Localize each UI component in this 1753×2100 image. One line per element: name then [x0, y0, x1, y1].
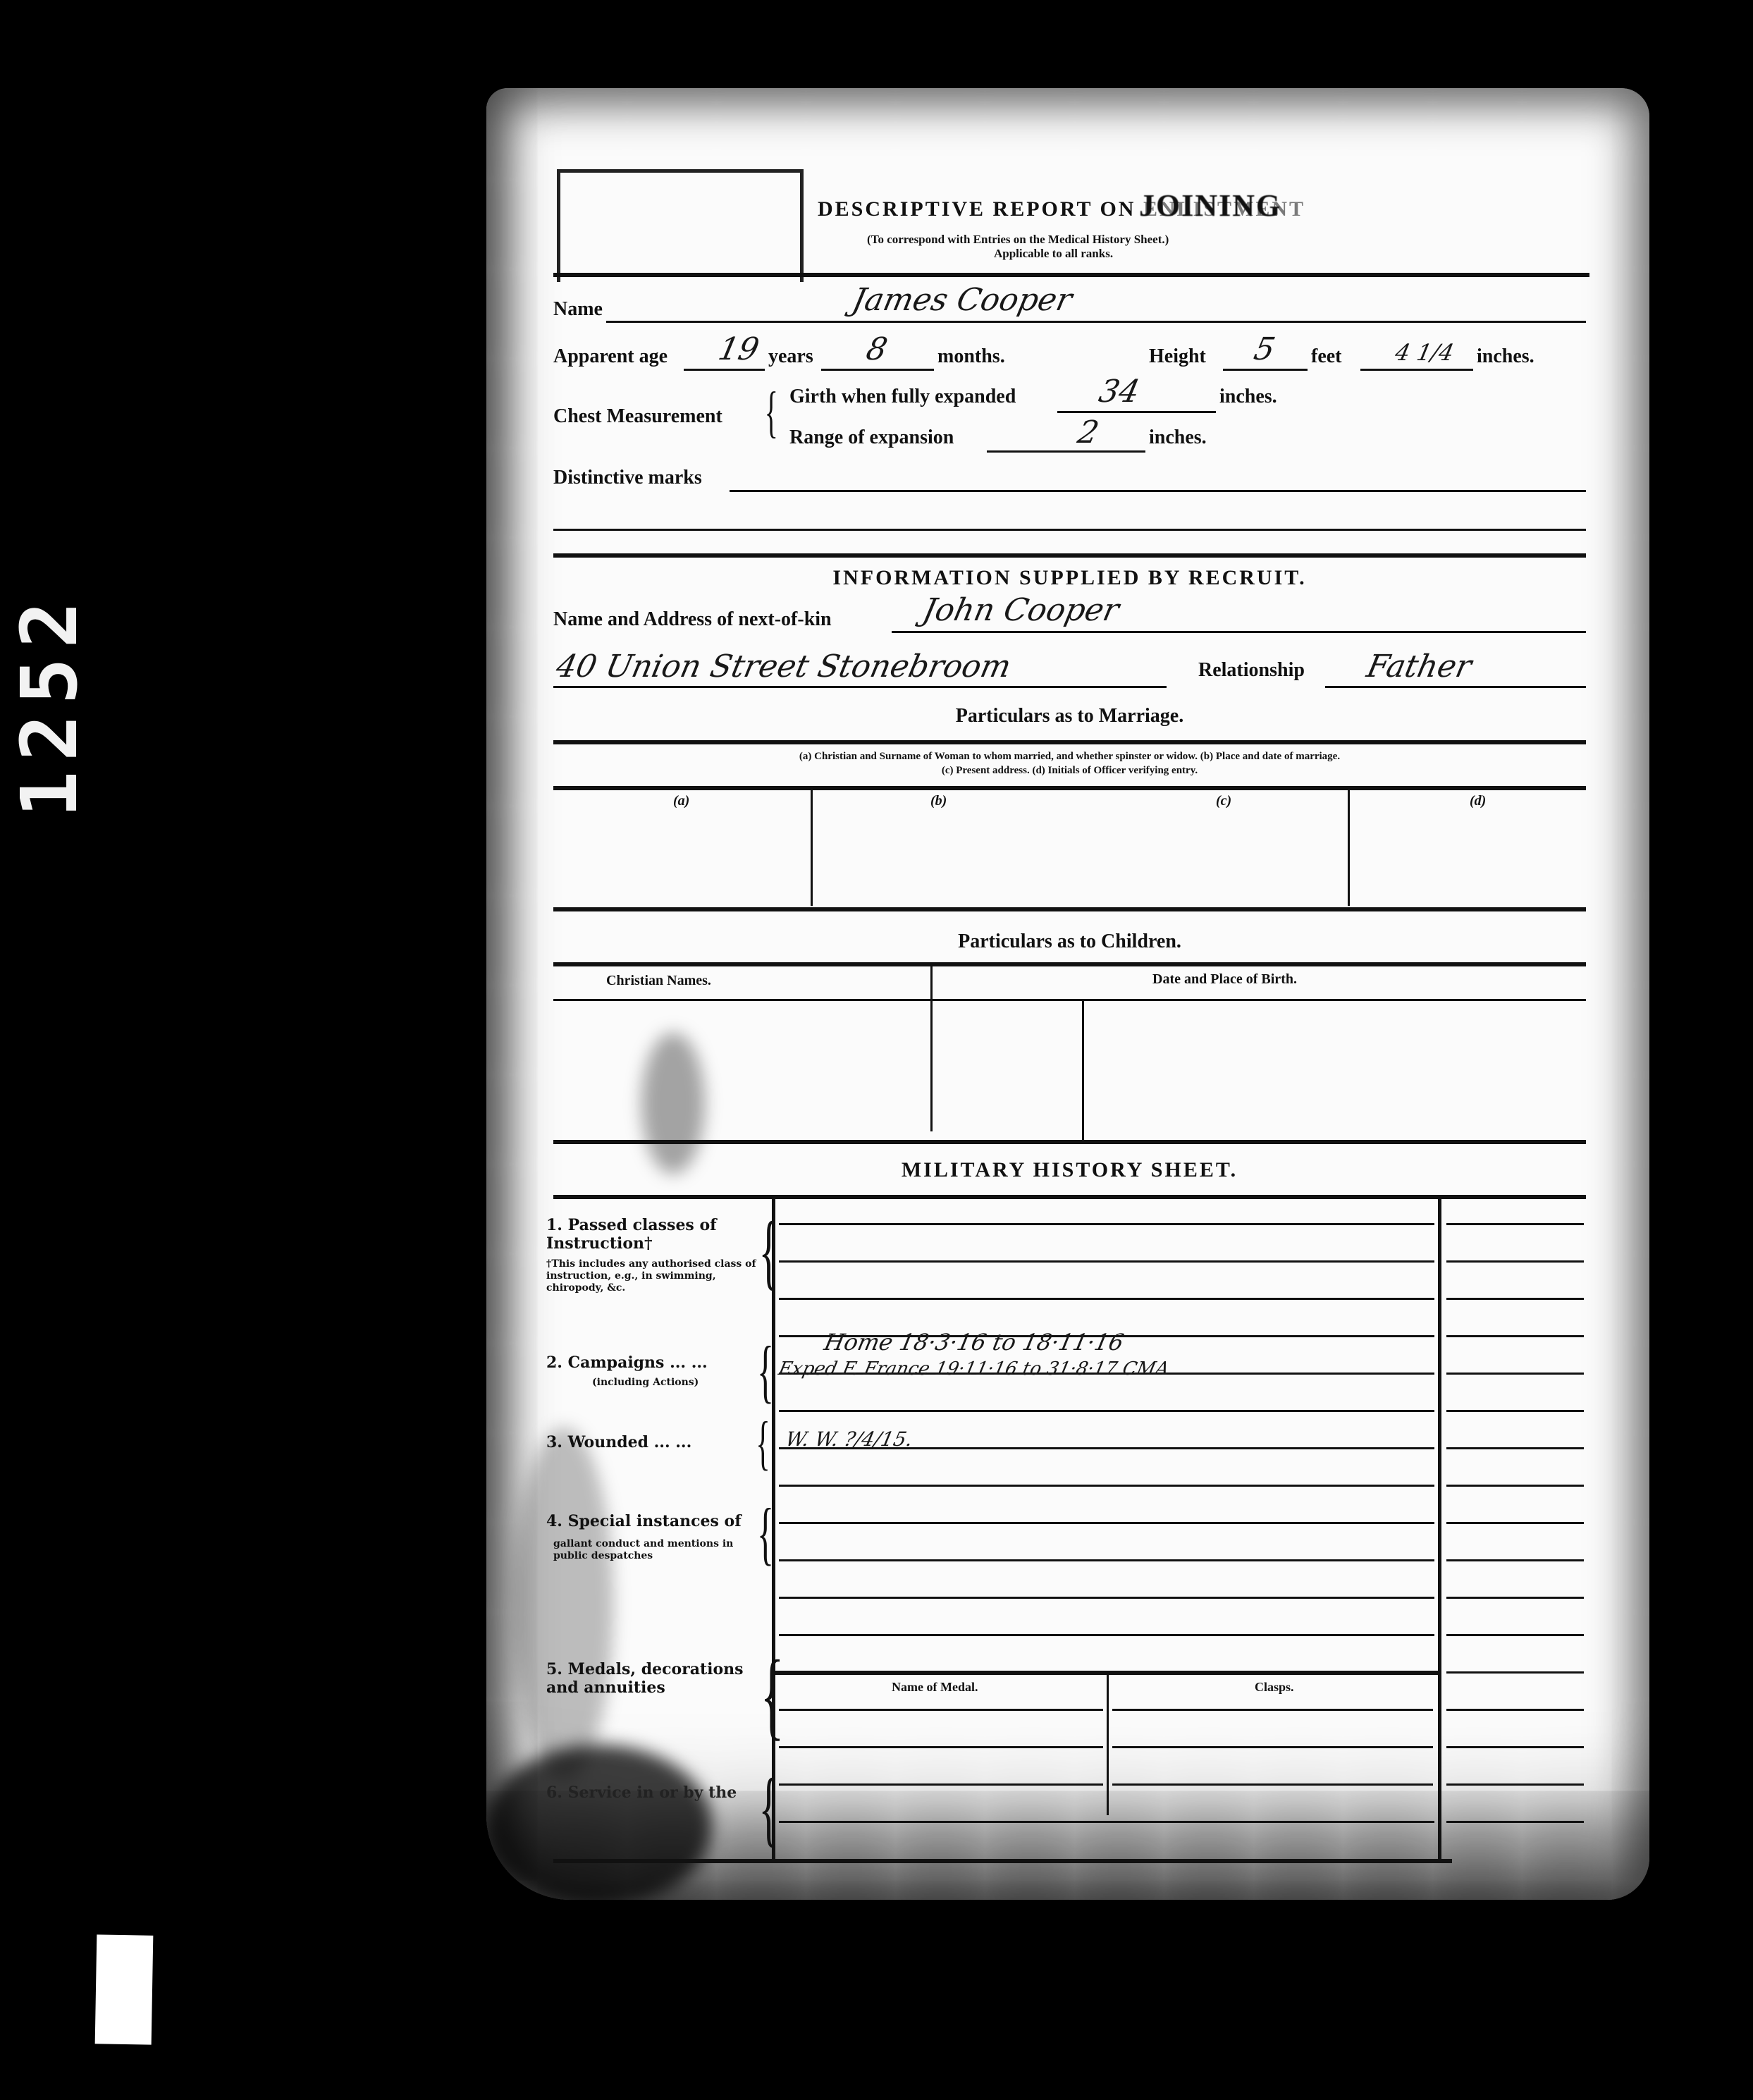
- ruled-line: [1446, 1746, 1584, 1748]
- section-number: 3.: [546, 1433, 562, 1451]
- section-number: 5.: [546, 1660, 562, 1678]
- chest-measurement-label: Chest Measurement: [553, 405, 722, 428]
- divider: [553, 553, 1586, 558]
- age-years-value: 19: [715, 331, 763, 367]
- years-label: years: [768, 345, 813, 368]
- office-stamp-box: [557, 169, 804, 282]
- divider: [553, 740, 1586, 744]
- mh-section-2: 2. Campaigns ... ...: [546, 1353, 758, 1372]
- form-subtitle: (To correspond with Entries on the Medic…: [867, 233, 1169, 247]
- marriage-instructions-2: (c) Present address. (d) Initials of Off…: [553, 765, 1586, 777]
- campaign-entry-1: Home 18·3·16 to 18·11·16: [822, 1329, 1126, 1356]
- section-number: 4.: [546, 1512, 562, 1530]
- divider: [553, 1195, 1586, 1199]
- ruled-line: [1112, 1746, 1433, 1748]
- relationship-label: Relationship: [1198, 659, 1305, 682]
- ruled-line: [1446, 1373, 1584, 1375]
- section-label: Wounded ... ...: [568, 1433, 692, 1451]
- brace: {: [756, 1413, 770, 1473]
- children-col-birth: Date and Place of Birth.: [1152, 971, 1297, 988]
- months-label: months.: [937, 345, 1005, 368]
- ruled-line: [1446, 1821, 1584, 1823]
- mh-section-1-note: †This includes any authorised class of i…: [546, 1258, 758, 1294]
- ruled-line: [1446, 1223, 1584, 1225]
- range-inches-label: inches.: [1149, 426, 1207, 449]
- ruled-line: [779, 1559, 1434, 1561]
- column-divider: [1107, 1674, 1109, 1815]
- name-value: James Cooper: [849, 282, 1076, 318]
- girth-label: Girth when fully expanded: [789, 386, 1016, 408]
- ruled-line: [1112, 1709, 1433, 1711]
- ruled-line: [1446, 1447, 1584, 1449]
- range-label: Range of expansion: [789, 426, 954, 449]
- section-number: 2.: [546, 1353, 562, 1372]
- ruled-line: [1446, 1298, 1584, 1300]
- form-applicability: Applicable to all ranks.: [994, 247, 1113, 261]
- film-frame-marker: [95, 1934, 154, 2044]
- ruled-line: [779, 1260, 1434, 1263]
- ruled-line: [779, 1783, 1103, 1786]
- address-line: [553, 686, 1167, 688]
- ruled-line: [1446, 1634, 1584, 1636]
- medal-col-name: Name of Medal.: [892, 1680, 978, 1695]
- mh-section-2-note: (including Actions): [592, 1377, 699, 1389]
- relationship-line: [1325, 686, 1586, 688]
- section-number: 1.: [546, 1216, 562, 1234]
- ruled-line: [779, 1410, 1434, 1412]
- ruled-line: [1446, 1671, 1584, 1674]
- marriage-heading: Particulars as to Marriage.: [553, 705, 1586, 727]
- mh-section-6: 6. Service in or by the: [546, 1783, 758, 1802]
- section-label: Special instances of: [568, 1512, 742, 1530]
- apparent-age-label: Apparent age: [553, 345, 668, 368]
- height-inches-line: [1360, 369, 1473, 371]
- height-feet-value: 5: [1251, 331, 1279, 367]
- name-label: Name: [553, 298, 603, 321]
- ruled-line: [1446, 1597, 1584, 1599]
- ruled-line: [779, 1298, 1434, 1300]
- children-col-names: Christian Names.: [606, 973, 711, 989]
- ruled-line: [779, 1709, 1103, 1711]
- mh-section-4: 4. Special instances of: [546, 1512, 758, 1530]
- age-years-line: [684, 369, 765, 371]
- girth-line: [1057, 411, 1216, 413]
- range-value: 2: [1075, 415, 1102, 450]
- section-label: Service in or by the: [568, 1783, 737, 1802]
- girth-inches-label: inches.: [1219, 386, 1277, 408]
- ruled-line: [1112, 1783, 1433, 1786]
- age-months-line: [821, 369, 934, 371]
- next-of-kin-name: John Cooper: [920, 592, 1123, 628]
- distinctive-marks-label: Distinctive marks: [553, 467, 702, 489]
- ruled-line: [779, 1746, 1103, 1748]
- title-prefix: DESCRIPTIVE REPORT ON: [818, 197, 1136, 221]
- medal-col-clasps: Clasps.: [1255, 1680, 1294, 1695]
- height-inches-value: 4 1/4: [1393, 339, 1456, 366]
- column-divider: [1348, 790, 1350, 906]
- children-heading: Particulars as to Children.: [553, 931, 1586, 953]
- stain: [641, 1033, 705, 1174]
- divider: [553, 273, 1589, 277]
- marriage-instructions-1: (a) Christian and Surname of Woman to wh…: [553, 751, 1586, 763]
- ruled-line: [1446, 1522, 1584, 1524]
- next-of-kin-label: Name and Address of next-of-kin: [553, 608, 832, 631]
- mh-section-5: 5. Medals, decorations and annuities: [546, 1660, 758, 1697]
- next-of-kin-line: [892, 631, 1586, 633]
- ruled-line: [779, 1597, 1434, 1599]
- distinctive-marks-line: [730, 490, 1586, 492]
- ruled-line: [1446, 1260, 1584, 1263]
- height-label: Height: [1149, 345, 1206, 368]
- divider: [553, 786, 1586, 790]
- divider: [553, 529, 1586, 531]
- range-line: [987, 450, 1145, 453]
- ruled-line: [779, 1821, 1434, 1823]
- age-months-value: 8: [863, 331, 891, 367]
- ruled-line: [1446, 1485, 1584, 1487]
- height-feet-line: [1223, 369, 1308, 371]
- ruled-line: [1446, 1410, 1584, 1412]
- divider: [553, 1140, 1586, 1144]
- divider: [553, 907, 1586, 911]
- marriage-col-a: (a): [673, 793, 689, 809]
- brace: {: [758, 1766, 779, 1850]
- stain: [486, 1745, 712, 1907]
- enlistment-form-page: DESCRIPTIVE REPORT ON ENLISTMENT JOINING…: [486, 88, 1649, 1900]
- ruled-line: [779, 1522, 1434, 1524]
- mh-section-1: 1. Passed classes of Instruction†: [546, 1216, 758, 1253]
- marriage-col-b: (b): [930, 793, 947, 809]
- column-divider: [811, 790, 813, 906]
- girth-value: 34: [1096, 374, 1143, 410]
- mh-section-3: 3. Wounded ... ...: [546, 1433, 758, 1451]
- ruled-line: [779, 1634, 1434, 1636]
- divider: [553, 962, 1586, 966]
- stain: [515, 1427, 613, 1780]
- film-margin-number: 1252: [7, 522, 92, 888]
- column-divider: [1438, 1198, 1441, 1861]
- feet-label: feet: [1311, 345, 1342, 368]
- ruled-line: [1446, 1335, 1584, 1337]
- form-title: DESCRIPTIVE REPORT ON ENLISTMENT JOINING: [818, 197, 1305, 221]
- marriage-col-d: (d): [1470, 793, 1486, 809]
- recruit-info-heading: INFORMATION SUPPLIED BY RECRUIT.: [553, 566, 1586, 590]
- section-label: Campaigns ... ...: [568, 1353, 708, 1372]
- title-overstamp: JOINING: [1139, 188, 1281, 223]
- military-history-heading: MILITARY HISTORY SHEET.: [553, 1158, 1586, 1182]
- brace: {: [765, 384, 778, 441]
- section-number: 6.: [546, 1783, 562, 1802]
- column-divider: [1082, 1001, 1084, 1142]
- brace: {: [757, 1336, 774, 1406]
- wounded-entry-1: W. W. ?/4/15.: [783, 1427, 915, 1451]
- name-line: [606, 321, 1586, 323]
- ruled-line: [779, 1223, 1434, 1225]
- relationship-value: Father: [1364, 649, 1475, 684]
- ruled-line: [1446, 1709, 1584, 1711]
- ruled-line: [779, 1485, 1434, 1487]
- mh-section-4-note: gallant conduct and mentions in public d…: [553, 1538, 765, 1562]
- divider: [553, 1859, 1452, 1863]
- next-of-kin-address: 40 Union Street Stonebroom: [553, 649, 1014, 684]
- column-divider: [930, 966, 933, 1131]
- brace: {: [758, 1209, 779, 1294]
- section-label: Passed classes of Instruction†: [546, 1216, 717, 1253]
- brace: {: [761, 1646, 785, 1745]
- ruled-line: [1446, 1559, 1584, 1561]
- inches-label: inches.: [1477, 345, 1534, 368]
- campaign-entry-2: Exped F. France 19·11·16 to 31·8·17 CMA: [777, 1358, 1171, 1380]
- divider: [553, 999, 1586, 1001]
- section-label: Medals, decorations and annuities: [546, 1660, 744, 1697]
- marriage-col-c: (c): [1216, 793, 1231, 809]
- ruled-line: [1446, 1783, 1584, 1786]
